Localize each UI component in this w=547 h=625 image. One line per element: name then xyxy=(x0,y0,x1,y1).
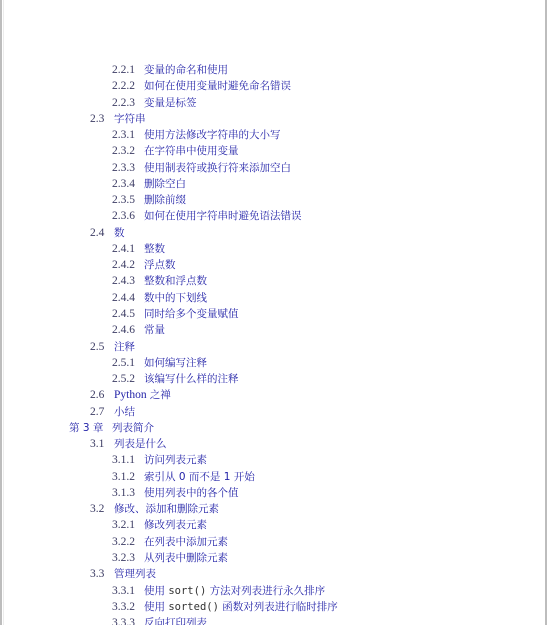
toc-title: 如何编写注释 xyxy=(144,355,207,371)
toc-title: 使用制表符或换行符来添加空白 xyxy=(144,160,291,176)
toc-title: 在列表中添加元素 xyxy=(144,534,228,550)
toc-title: 访问列表元素 xyxy=(144,452,207,468)
toc-title: 在字符串中使用变量 xyxy=(144,143,239,159)
toc-number: 2.4.5 xyxy=(112,306,135,322)
toc-number: 2.3.3 xyxy=(112,160,135,176)
toc-entry-2-3-6[interactable]: 2.3.6如何在使用字符串时避免语法错误 xyxy=(0,208,547,224)
toc-entry-2-5[interactable]: 2.5注释 xyxy=(0,339,547,355)
toc-number: 2.6 xyxy=(90,387,104,403)
toc-entry-2-4-1[interactable]: 2.4.1整数 xyxy=(0,241,547,257)
toc-title: 字符串 xyxy=(114,111,146,127)
toc-entry-3-2-3[interactable]: 3.2.3从列表中删除元素 xyxy=(0,550,547,566)
toc-title-code: sorted() xyxy=(168,601,219,613)
toc-title-python: Python xyxy=(114,389,147,401)
toc-title: 常量 xyxy=(144,322,165,338)
toc-entry-3-1-3[interactable]: 3.1.3使用列表中的各个值 xyxy=(0,485,547,501)
toc-title: 修改、添加和删除元素 xyxy=(114,501,219,517)
toc-title: 使用 sort() 方法对列表进行永久排序 xyxy=(144,583,325,599)
toc-entry-2-4-3[interactable]: 2.4.3整数和浮点数 xyxy=(0,273,547,289)
toc-number: 3.2 xyxy=(90,501,104,517)
toc-title: 整数 xyxy=(144,241,165,257)
toc-title: 使用方法修改字符串的大小写 xyxy=(144,127,281,143)
toc-entry-2-4-6[interactable]: 2.4.6常量 xyxy=(0,322,547,338)
toc-number: 2.4.4 xyxy=(112,290,135,306)
toc-title: 小结 xyxy=(114,404,135,420)
toc-number: 3.1.1 xyxy=(112,452,135,468)
toc-entry-2-3-4[interactable]: 2.3.4删除空白 xyxy=(0,176,547,192)
toc-entry-2-4-2[interactable]: 2.4.2浮点数 xyxy=(0,257,547,273)
toc-number: 3.3 xyxy=(90,566,104,582)
toc-entry-3-3[interactable]: 3.3管理列表 xyxy=(0,566,547,582)
toc-entry-2-4-5[interactable]: 2.4.5同时给多个变量赋值 xyxy=(0,306,547,322)
toc-title-rest: 函数对列表进行临时排序 xyxy=(219,601,338,613)
toc-title: 如何在使用变量时避免命名错误 xyxy=(144,78,291,94)
toc-entry-2-4-4[interactable]: 2.4.4数中的下划线 xyxy=(0,290,547,306)
toc-title: 整数和浮点数 xyxy=(144,273,207,289)
toc-title: 使用列表中的各个值 xyxy=(144,485,239,501)
toc-number: 3.2.3 xyxy=(112,550,135,566)
toc-entry-2-7[interactable]: 2.7小结 xyxy=(0,404,547,420)
toc-title-pre: 使用 xyxy=(144,585,168,597)
toc-entry-3-3-1[interactable]: 3.3.1使用 sort() 方法对列表进行永久排序 xyxy=(0,583,547,599)
toc-entry-2-3[interactable]: 2.3字符串 xyxy=(0,111,547,127)
toc-entry-3-2-2[interactable]: 3.2.2在列表中添加元素 xyxy=(0,534,547,550)
toc-entry-2-6[interactable]: 2.6Python 之禅 xyxy=(0,387,547,403)
toc-title-rest: 之禅 xyxy=(147,389,171,401)
toc-entry-3-3-3[interactable]: 3.3.3反向打印列表 xyxy=(0,615,547,625)
toc-entry-2-3-5[interactable]: 2.3.5删除前缀 xyxy=(0,192,547,208)
toc-number: 2.4.2 xyxy=(112,257,135,273)
toc-number: 2.4.1 xyxy=(112,241,135,257)
toc-title: 从列表中删除元素 xyxy=(144,550,228,566)
toc-number: 3.1.2 xyxy=(112,469,135,485)
toc-number: 2.2.1 xyxy=(112,62,135,78)
toc-title-rest: 方法对列表进行永久排序 xyxy=(206,585,325,597)
toc-entry-3-1[interactable]: 3.1列表是什么 xyxy=(0,436,547,452)
toc-title: 变量的命名和使用 xyxy=(144,62,228,78)
toc-number: 2.2.2 xyxy=(112,78,135,94)
toc-entry-3-1-2[interactable]: 3.1.2索引从 0 而不是 1 开始 xyxy=(0,469,547,485)
toc-entry-3-3-2[interactable]: 3.3.2使用 sorted() 函数对列表进行临时排序 xyxy=(0,599,547,615)
toc-title: 浮点数 xyxy=(144,257,176,273)
toc-entry-2-2-3[interactable]: 2.2.3变量是标签 xyxy=(0,95,547,111)
toc-title: 数 xyxy=(114,225,125,241)
toc-title: 注释 xyxy=(114,339,135,355)
toc-entry-3-1-1[interactable]: 3.1.1访问列表元素 xyxy=(0,452,547,468)
toc-number: 3.1 xyxy=(90,436,104,452)
toc-number: 2.3.5 xyxy=(112,192,135,208)
toc-number: 3.2.1 xyxy=(112,517,135,533)
toc-number: 2.7 xyxy=(90,404,104,420)
toc-entry-2-4[interactable]: 2.4数 xyxy=(0,225,547,241)
toc-number: 3.3.2 xyxy=(112,599,135,615)
toc-title: 管理列表 xyxy=(114,566,156,582)
toc-entry-2-3-1[interactable]: 2.3.1使用方法修改字符串的大小写 xyxy=(0,127,547,143)
toc-number: 3.3.1 xyxy=(112,583,135,599)
toc-number: 2.2.3 xyxy=(112,95,135,111)
toc-number: 3.1.3 xyxy=(112,485,135,501)
toc-number: 2.3.6 xyxy=(112,208,135,224)
table-of-contents: 2.2.1变量的命名和使用 2.2.2如何在使用变量时避免命名错误 2.2.3变… xyxy=(0,62,547,625)
toc-number: 2.5 xyxy=(90,339,104,355)
toc-number: 2.4.3 xyxy=(112,273,135,289)
toc-entry-3-2[interactable]: 3.2修改、添加和删除元素 xyxy=(0,501,547,517)
toc-title: 如何在使用字符串时避免语法错误 xyxy=(144,208,302,224)
toc-title-pre: 使用 xyxy=(144,601,168,613)
toc-number: 2.4.6 xyxy=(112,322,135,338)
toc-entry-chapter-3[interactable]: 第 3 章列表简介 xyxy=(0,420,547,436)
toc-title-code: sort() xyxy=(168,585,206,597)
toc-entry-2-5-2[interactable]: 2.5.2该编写什么样的注释 xyxy=(0,371,547,387)
toc-title: 修改列表元素 xyxy=(144,517,207,533)
toc-entry-2-5-1[interactable]: 2.5.1如何编写注释 xyxy=(0,355,547,371)
toc-number: 2.3.2 xyxy=(112,143,135,159)
toc-entry-2-2-2[interactable]: 2.2.2如何在使用变量时避免命名错误 xyxy=(0,78,547,94)
toc-title: 反向打印列表 xyxy=(144,615,207,625)
toc-entry-2-2-1[interactable]: 2.2.1变量的命名和使用 xyxy=(0,62,547,78)
toc-number: 2.5.2 xyxy=(112,371,135,387)
toc-title: 数中的下划线 xyxy=(144,290,207,306)
toc-number: 3.3.3 xyxy=(112,615,135,625)
toc-title: 删除空白 xyxy=(144,176,186,192)
toc-title: 使用 sorted() 函数对列表进行临时排序 xyxy=(144,599,338,615)
toc-chapter-number: 第 3 章 xyxy=(69,420,103,436)
toc-number: 2.3 xyxy=(90,111,104,127)
toc-title: 该编写什么样的注释 xyxy=(144,371,239,387)
toc-number: 2.5.1 xyxy=(112,355,135,371)
toc-title: 变量是标签 xyxy=(144,95,197,111)
toc-entry-3-2-1[interactable]: 3.2.1修改列表元素 xyxy=(0,517,547,533)
toc-title: 删除前缀 xyxy=(144,192,186,208)
toc-number: 2.4 xyxy=(90,225,104,241)
toc-title: 同时给多个变量赋值 xyxy=(144,306,239,322)
toc-title: Python 之禅 xyxy=(114,387,171,403)
toc-number: 2.3.4 xyxy=(112,176,135,192)
toc-entry-2-3-2[interactable]: 2.3.2在字符串中使用变量 xyxy=(0,143,547,159)
toc-title: 列表是什么 xyxy=(114,436,167,452)
toc-number: 3.2.2 xyxy=(112,534,135,550)
toc-number: 2.3.1 xyxy=(112,127,135,143)
toc-title: 列表简介 xyxy=(112,420,154,436)
toc-entry-2-3-3[interactable]: 2.3.3使用制表符或换行符来添加空白 xyxy=(0,160,547,176)
toc-title: 索引从 0 而不是 1 开始 xyxy=(144,469,255,485)
